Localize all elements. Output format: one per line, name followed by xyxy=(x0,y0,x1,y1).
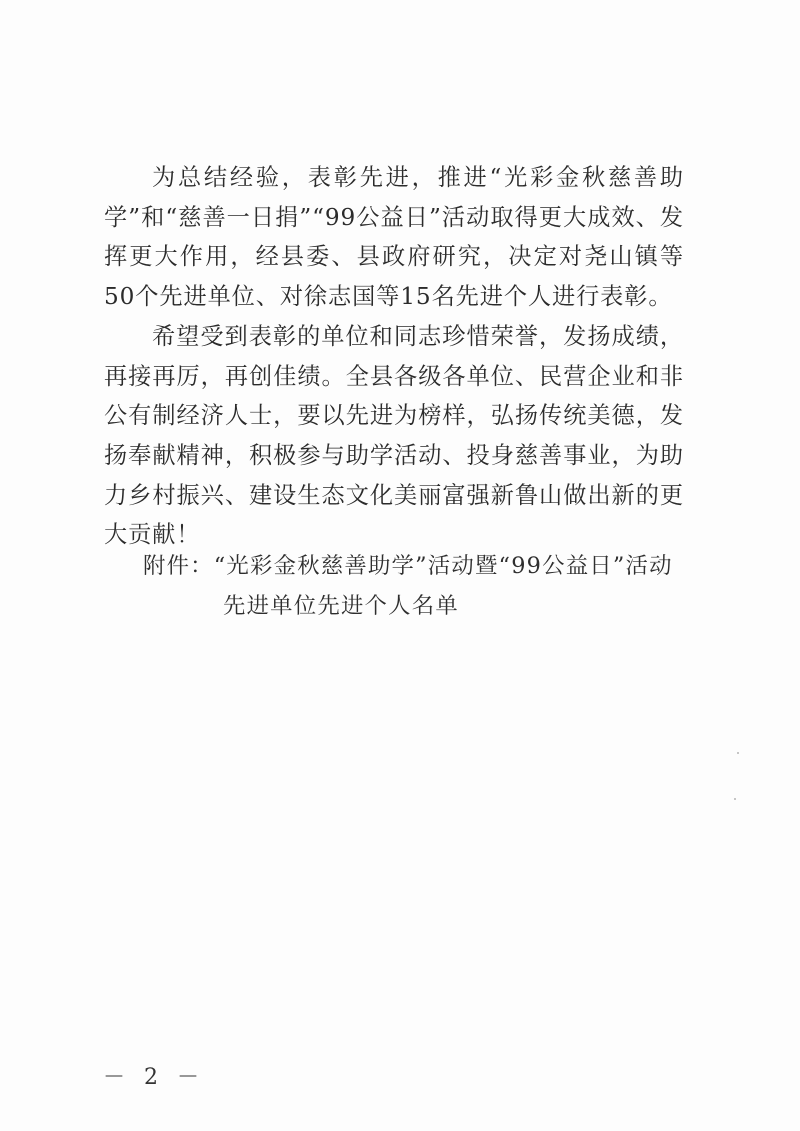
attachment-note: 附件：“光彩金秋慈善助学”活动暨“99公益日”活动 先进单位先进个人名单 xyxy=(143,546,703,626)
attachment-title-line2: 先进单位先进个人名单 xyxy=(143,586,703,626)
scan-speck xyxy=(734,798,736,800)
paragraph-commendation-decision: 为总结经验，表彰先进，推进“光彩金秋慈善助学”和“慈善一日捐”“99公益日”活动… xyxy=(104,158,684,317)
paragraph-expectations: 希望受到表彰的单位和同志珍惜荣誉，发扬成绩，再接再厉，再创佳绩。全县各级各单位、… xyxy=(104,317,684,555)
attachment-title-line1: 附件：“光彩金秋慈善助学”活动暨“99公益日”活动 xyxy=(143,546,703,586)
scan-speck xyxy=(737,752,739,754)
body-text: 为总结经验，表彰先进，推进“光彩金秋慈善助学”和“慈善一日捐”“99公益日”活动… xyxy=(104,158,684,555)
document-page: 为总结经验，表彰先进，推进“光彩金秋慈善助学”和“慈善一日捐”“99公益日”活动… xyxy=(0,0,800,1131)
page-number: － 2 － xyxy=(103,1060,205,1091)
